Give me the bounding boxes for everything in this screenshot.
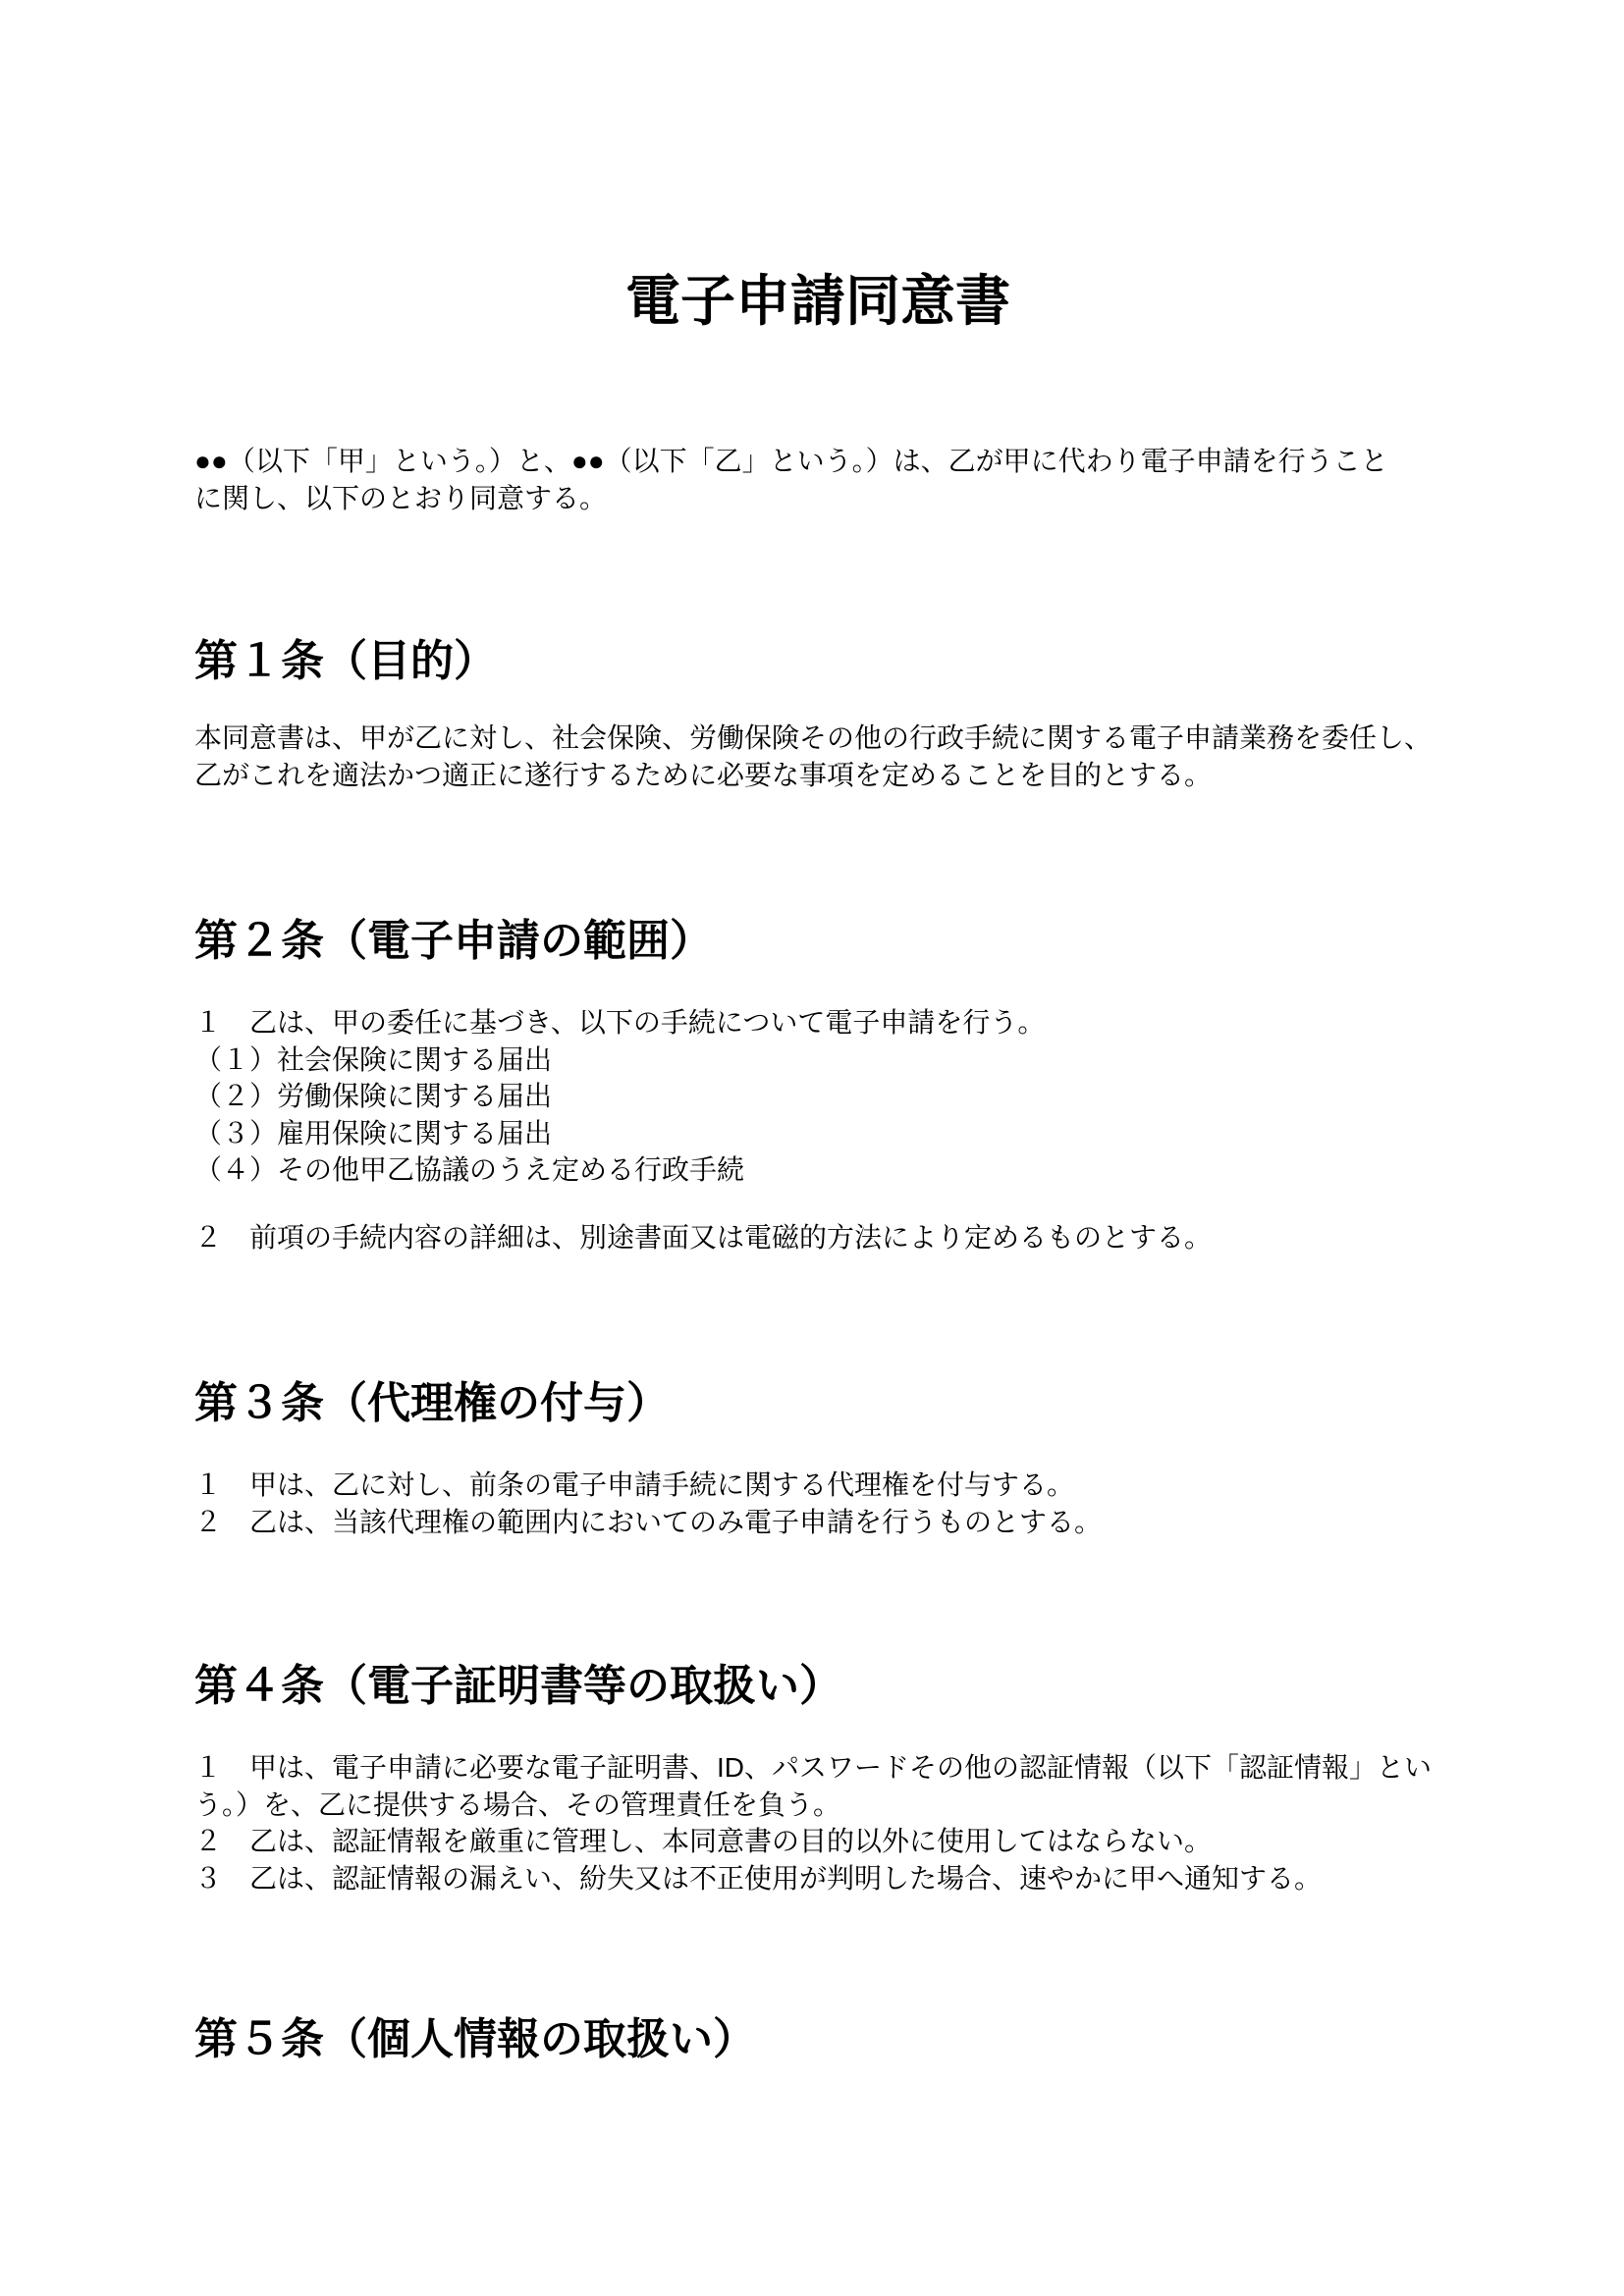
article-1-line-2: 乙がこれを適法かつ適正に遂行するために必要な事項を定めることを目的とする。	[194, 757, 1441, 794]
article-2-item-1: １ 乙は、甲の委任に基づき、以下の手続について電子申請を行う。	[194, 1004, 1441, 1041]
article-1: 第１条（目的）	[194, 636, 1441, 687]
article-2-subitem-2: （２）労働保険に関する届出	[194, 1078, 1441, 1115]
article-2-item-2-block: ２ 前項の手続内容の詳細は、別途書面又は電磁的方法により定めるものとする。	[194, 1219, 1441, 1256]
article-2: 第２条（電子申請の範囲）	[194, 916, 1441, 967]
document-page: 電子申請同意書 ●●（以下「甲」という。）と、●●（以下「乙」という。）は、乙が…	[0, 0, 1624, 2296]
intro-line-2: に関し、以下のとおり同意する。	[194, 480, 1441, 517]
article-2-subitem-4: （４）その他甲乙協議のうえ定める行政手続	[194, 1151, 1441, 1189]
article-2-subitem-1: （１）社会保険に関する届出	[194, 1041, 1441, 1079]
article-5: 第５条（個人情報の取扱い）	[194, 2014, 1441, 2065]
article-3-heading: 第３条（代理権の付与）	[194, 1378, 1441, 1429]
article-4-item-1-line-1: １ 甲は、電子申請に必要な電子証明書、ID、パスワードその他の認証情報（以下「認…	[194, 1749, 1441, 1787]
article-4-heading: 第４条（電子証明書等の取扱い）	[194, 1661, 1441, 1712]
article-1-line-1: 本同意書は、甲が乙に対し、社会保険、労働保険その他の行政手続に関する電子申請業務…	[194, 720, 1441, 757]
article-3: 第３条（代理権の付与）	[194, 1378, 1441, 1429]
document-title: 電子申請同意書	[194, 269, 1441, 334]
article-4-item-3: ３ 乙は、認証情報の漏えい、紛失又は不正使用が判明した場合、速やかに甲へ通知する…	[194, 1860, 1441, 1897]
article-3-item-1: １ 甲は、乙に対し、前条の電子申請手続に関する代理権を付与する。	[194, 1467, 1441, 1504]
article-1-heading: 第１条（目的）	[194, 636, 1441, 687]
article-4: 第４条（電子証明書等の取扱い）	[194, 1661, 1441, 1712]
article-3-item-2: ２ 乙は、当該代理権の範囲内においてのみ電子申請を行うものとする。	[194, 1504, 1441, 1541]
article-2-heading: 第２条（電子申請の範囲）	[194, 916, 1441, 967]
intro-paragraph: ●●（以下「甲」という。）と、●●（以下「乙」という。）は、乙が甲に代わり電子申…	[194, 443, 1441, 516]
article-2-subitem-3: （３）雇用保険に関する届出	[194, 1115, 1441, 1152]
article-3-body: １ 甲は、乙に対し、前条の電子申請手続に関する代理権を付与する。 ２ 乙は、当該…	[194, 1467, 1441, 1540]
article-2-list: １ 乙は、甲の委任に基づき、以下の手続について電子申請を行う。 （１）社会保険に…	[194, 1004, 1441, 1189]
article-4-body: １ 甲は、電子申請に必要な電子証明書、ID、パスワードその他の認証情報（以下「認…	[194, 1749, 1441, 1896]
article-4-item-1-line-2: う。）を、乙に提供する場合、その管理責任を負う。	[194, 1787, 1441, 1824]
article-2-item-2: ２ 前項の手続内容の詳細は、別途書面又は電磁的方法により定めるものとする。	[194, 1219, 1441, 1256]
intro-line-1: ●●（以下「甲」という。）と、●●（以下「乙」という。）は、乙が甲に代わり電子申…	[194, 443, 1441, 480]
article-4-item-2: ２ 乙は、認証情報を厳重に管理し、本同意書の目的以外に使用してはならない。	[194, 1823, 1441, 1860]
article-1-body: 本同意書は、甲が乙に対し、社会保険、労働保険その他の行政手続に関する電子申請業務…	[194, 720, 1441, 793]
article-5-heading: 第５条（個人情報の取扱い）	[194, 2014, 1441, 2065]
